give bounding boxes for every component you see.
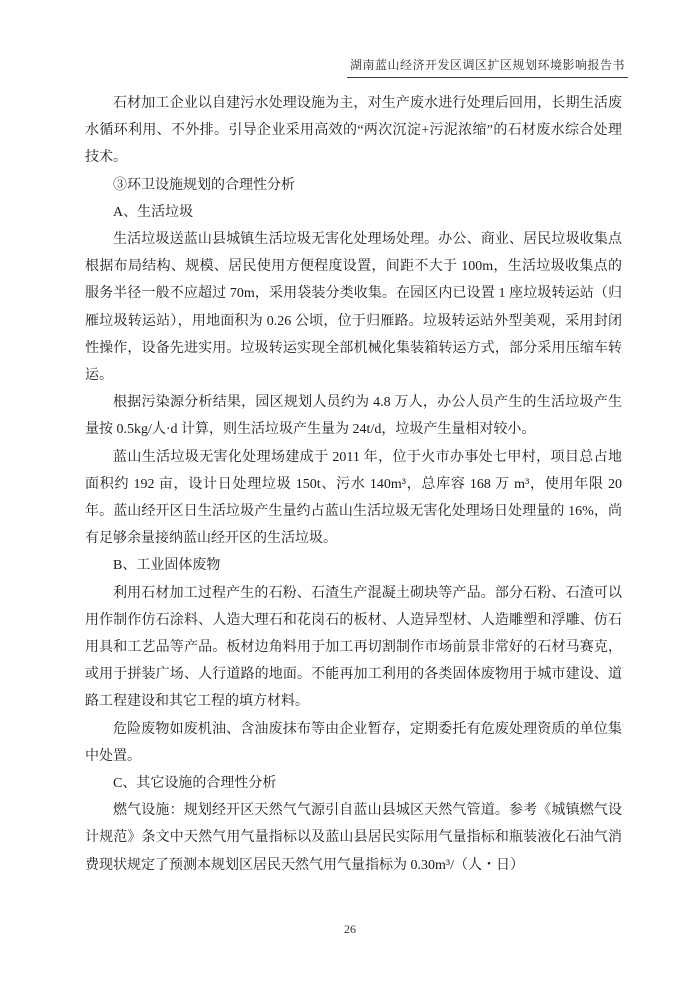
header-title: 湖南蓝山经济开发区调区扩区规划环境影响报告书 xyxy=(347,56,628,78)
page-number: 26 xyxy=(344,922,356,936)
section-heading: A、生活垃圾 xyxy=(85,199,622,226)
paragraph: 燃气设施：规划经开区天然气气源引自蓝山县城区天然气管道。参考《城镇燃气设计规范》… xyxy=(85,797,622,879)
page-footer: 26 xyxy=(0,922,700,937)
paragraph: 蓝山生活垃圾无害化处理场建成于 2011 年，位于火市办事处七甲村，项目总占地面… xyxy=(85,444,622,553)
paragraph: 危险废物如废机油、含油废抹布等由企业暂存，定期委托有危废处理资质的单位集中处置。 xyxy=(85,716,622,770)
document-body: 石材加工企业以自建污水处理设施为主，对生产废水进行处理后回用，长期生活废水循环利… xyxy=(85,90,622,879)
document-page: 湖南蓝山经济开发区调区扩区规划环境影响报告书 石材加工企业以自建污水处理设施为主… xyxy=(0,0,700,990)
paragraph: 生活垃圾送蓝山县城镇生活垃圾无害化处理场处理。办公、商业、居民垃圾收集点根据布局… xyxy=(85,226,622,389)
section-heading: ③环卫设施规划的合理性分析 xyxy=(85,172,622,199)
paragraph: 根据污染源分析结果，园区规划人员约为 4.8 万人，办公人员产生的生活垃圾产生量… xyxy=(85,389,622,443)
section-heading: C、其它设施的合理性分析 xyxy=(85,770,622,797)
paragraph: 利用石材加工过程产生的石粉、石渣生产混凝土砌块等产品。部分石粉、石渣可以用作制作… xyxy=(85,580,622,716)
paragraph: 石材加工企业以自建污水处理设施为主，对生产废水进行处理后回用，长期生活废水循环利… xyxy=(85,90,622,172)
page-header: 湖南蓝山经济开发区调区扩区规划环境影响报告书 xyxy=(85,56,628,78)
section-heading: B、工业固体废物 xyxy=(85,552,622,579)
